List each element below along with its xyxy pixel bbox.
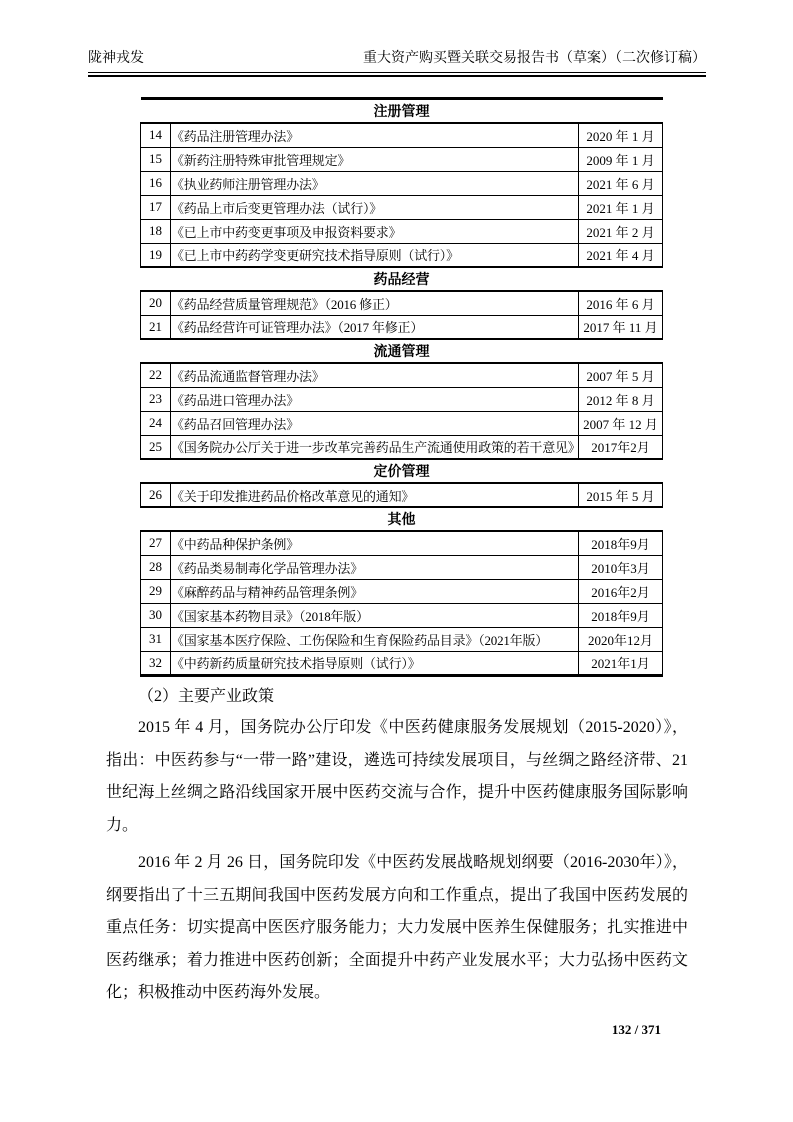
row-no: 22 (141, 363, 171, 387)
row-no: 21 (141, 315, 171, 339)
regulation-name: 《药品类易制毒化学品管理办法》 (171, 555, 579, 579)
row-no: 26 (141, 483, 171, 507)
row-no: 14 (141, 123, 171, 147)
regulation-name: 《关于印发推进药品价格改革意见的通知》 (171, 483, 579, 507)
row-no: 27 (141, 531, 171, 555)
table-row: 19 《已上市中药药学变更研究技术指导原则（试行）》 2021 年 4 月 (141, 243, 663, 267)
regulation-name: 《药品流通监督管理办法》 (171, 363, 579, 387)
section-title: 流通管理 (141, 339, 663, 363)
regulation-name: 《中药品种保护条例》 (171, 531, 579, 555)
regulation-name: 《新药注册特殊审批管理规定》 (171, 147, 579, 171)
table-row: 15 《新药注册特殊审批管理规定》 2009 年 1 月 (141, 147, 663, 171)
regulations-table: 注册管理 14 《药品注册管理办法》 2020 年 1 月 15 《新药注册特殊… (140, 97, 663, 677)
document-page: 陇神戎发 重大资产购买暨关联交易报告书（草案）（二次修订稿） 注册管理 14 《… (0, 0, 793, 1122)
regulation-name: 《药品注册管理办法》 (171, 123, 579, 147)
row-no: 18 (141, 219, 171, 243)
table-row: 30 《国家基本药物目录》（2018年版） 2018年9月 (141, 603, 663, 627)
table-section-header: 药品经营 (141, 267, 663, 291)
row-no: 20 (141, 291, 171, 315)
section-title: 注册管理 (141, 99, 663, 124)
regulation-name: 《国务院办公厅关于进一步改革完善药品生产流通使用政策的若干意见》 (171, 435, 579, 459)
header-rule-thin (88, 72, 706, 73)
regulation-name: 《已上市中药变更事项及申报资料要求》 (171, 219, 579, 243)
page-number: 132 / 371 (612, 1022, 661, 1038)
row-no: 16 (141, 171, 171, 195)
table-row: 14 《药品注册管理办法》 2020 年 1 月 (141, 123, 663, 147)
row-no: 30 (141, 603, 171, 627)
effective-date: 2021 年 4 月 (579, 243, 663, 267)
effective-date: 2021 年 6 月 (579, 171, 663, 195)
table-row: 16 《执业药师注册管理办法》 2021 年 6 月 (141, 171, 663, 195)
effective-date: 2021 年 2 月 (579, 219, 663, 243)
table-row: 20 《药品经营质量管理规范》（2016 修正） 2016 年 6 月 (141, 291, 663, 315)
header-rule-thick (88, 75, 706, 77)
table-row: 28 《药品类易制毒化学品管理办法》 2010年3月 (141, 555, 663, 579)
regulation-name: 《中药新药质量研究技术指导原则（试行）》 (171, 651, 579, 675)
regulation-name: 《麻醉药品与精神药品管理条例》 (171, 579, 579, 603)
table-row: 32 《中药新药质量研究技术指导原则（试行）》 2021年1月 (141, 651, 663, 675)
table-row: 22 《药品流通监督管理办法》 2007 年 5 月 (141, 363, 663, 387)
table-row: 24 《药品召回管理办法》 2007 年 12 月 (141, 411, 663, 435)
regulation-name: 《国家基本药物目录》（2018年版） (171, 603, 579, 627)
table-section-header: 流通管理 (141, 339, 663, 363)
table-row: 25 《国务院办公厅关于进一步改革完善药品生产流通使用政策的若干意见》 2017… (141, 435, 663, 459)
effective-date: 2016年2月 (579, 579, 663, 603)
effective-date: 2017 年 11 月 (579, 315, 663, 339)
effective-date: 2021年1月 (579, 651, 663, 675)
regulation-name: 《执业药师注册管理办法》 (171, 171, 579, 195)
effective-date: 2021 年 1 月 (579, 195, 663, 219)
body-paragraph: 2015 年 4 月，国务院办公厅印发《中医药健康服务发展规划（2015-202… (106, 712, 688, 842)
effective-date: 2017年2月 (579, 435, 663, 459)
row-no: 29 (141, 579, 171, 603)
effective-date: 2016 年 6 月 (579, 291, 663, 315)
row-no: 23 (141, 387, 171, 411)
table-row: 27 《中药品种保护条例》 2018年9月 (141, 531, 663, 555)
regulation-name: 《药品经营许可证管理办法》（2017 年修正） (171, 315, 579, 339)
effective-date: 2012 年 8 月 (579, 387, 663, 411)
regulation-name: 《药品召回管理办法》 (171, 411, 579, 435)
regulation-name: 《药品上市后变更管理办法（试行）》 (171, 195, 579, 219)
body-paragraph: 2016 年 2 月 26 日，国务院印发《中医药发展战略规划纲要（2016-2… (106, 847, 688, 1010)
effective-date: 2007 年 12 月 (579, 411, 663, 435)
regulation-name: 《药品进口管理办法》 (171, 387, 579, 411)
regulation-name: 《已上市中药药学变更研究技术指导原则（试行）》 (171, 243, 579, 267)
table-section-header: 定价管理 (141, 459, 663, 483)
row-no: 32 (141, 651, 171, 675)
table-row: 31 《国家基本医疗保险、工伤保险和生育保险药品目录》（2021年版） 2020… (141, 627, 663, 651)
header-report-title: 重大资产购买暨关联交易报告书（草案）（二次修订稿） (363, 50, 706, 68)
row-no: 19 (141, 243, 171, 267)
table-row: 23 《药品进口管理办法》 2012 年 8 月 (141, 387, 663, 411)
row-no: 25 (141, 435, 171, 459)
section-title: 其他 (141, 507, 663, 531)
table-row: 26 《关于印发推进药品价格改革意见的通知》 2015 年 5 月 (141, 483, 663, 507)
effective-date: 2018年9月 (579, 531, 663, 555)
row-no: 24 (141, 411, 171, 435)
row-no: 28 (141, 555, 171, 579)
table-row: 18 《已上市中药变更事项及申报资料要求》 2021 年 2 月 (141, 219, 663, 243)
regulation-name: 《药品经营质量管理规范》（2016 修正） (171, 291, 579, 315)
section-title: 定价管理 (141, 459, 663, 483)
regulation-name: 《国家基本医疗保险、工伤保险和生育保险药品目录》（2021年版） (171, 627, 579, 651)
page-header: 陇神戎发 重大资产购买暨关联交易报告书（草案）（二次修订稿） (88, 50, 706, 77)
effective-date: 2007 年 5 月 (579, 363, 663, 387)
effective-date: 2020 年 1 月 (579, 123, 663, 147)
effective-date: 2010年3月 (579, 555, 663, 579)
effective-date: 2020年12月 (579, 627, 663, 651)
table-section-header: 其他 (141, 507, 663, 531)
section-title: 药品经营 (141, 267, 663, 291)
effective-date: 2015 年 5 月 (579, 483, 663, 507)
table-row: 21 《药品经营许可证管理办法》（2017 年修正） 2017 年 11 月 (141, 315, 663, 339)
effective-date: 2009 年 1 月 (579, 147, 663, 171)
row-no: 15 (141, 147, 171, 171)
row-no: 31 (141, 627, 171, 651)
table-section-header: 注册管理 (141, 99, 663, 124)
effective-date: 2018年9月 (579, 603, 663, 627)
subsection-heading: （2）主要产业政策 (106, 683, 688, 706)
table-row: 29 《麻醉药品与精神药品管理条例》 2016年2月 (141, 579, 663, 603)
row-no: 17 (141, 195, 171, 219)
header-company-name: 陇神戎发 (88, 50, 144, 68)
table-row: 17 《药品上市后变更管理办法（试行）》 2021 年 1 月 (141, 195, 663, 219)
